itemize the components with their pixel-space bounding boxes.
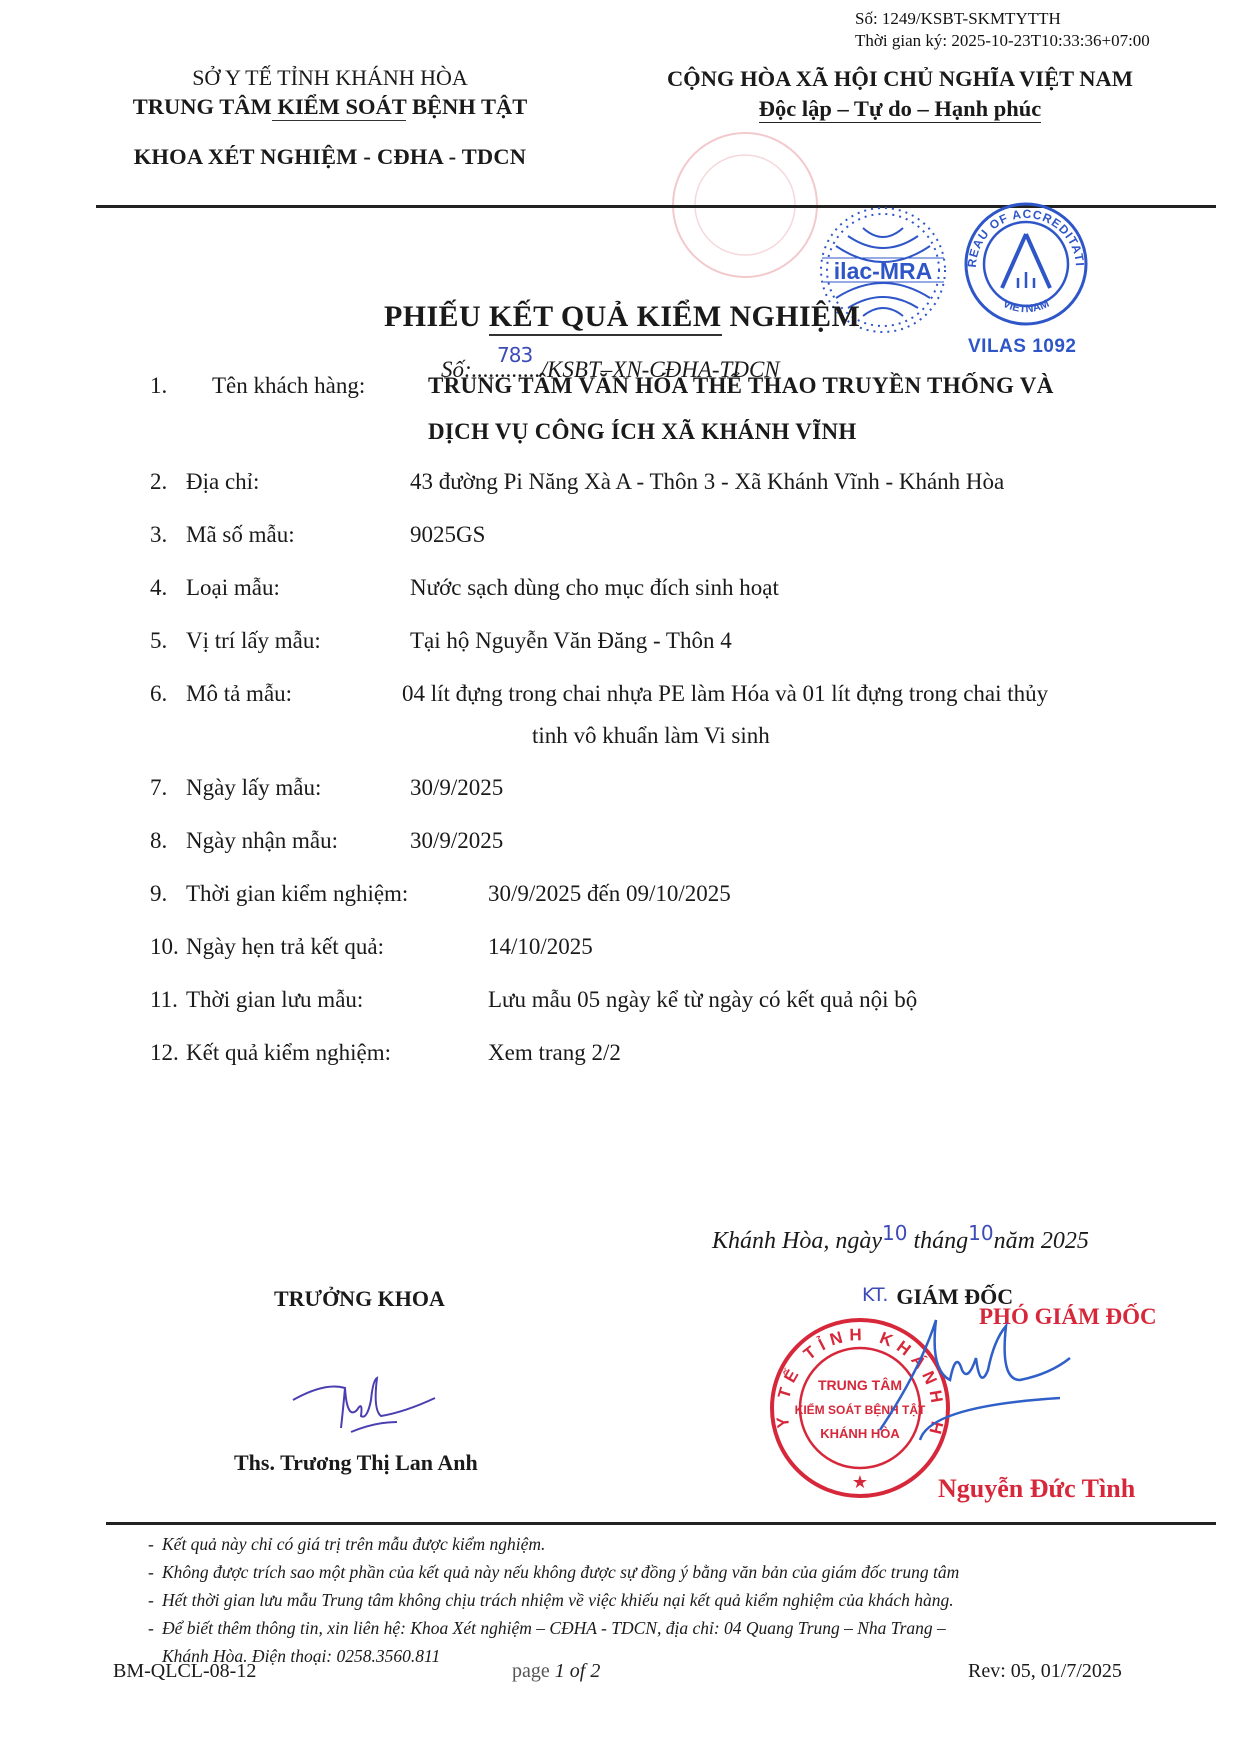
field-value: TRUNG TÂM VĂN HÓA THỂ THAO TRUYỀN THỐNG … (428, 372, 1054, 400)
field-label: Mô tả mẫu: (186, 680, 292, 708)
field-label: Vị trí lấy mẫu: (186, 627, 321, 655)
field-number: 11. (150, 986, 178, 1014)
svg-text:VIETNAM: VIETNAM (1001, 298, 1051, 315)
vilas-code: VILAS 1092 (968, 336, 1077, 358)
signature-time: Thời gian ký: 2025-10-23T10:33:36+07:00 (855, 30, 1150, 52)
handwritten-month: 10 (968, 1221, 993, 1245)
field-label: Ngày nhận mẫu: (186, 827, 338, 855)
place-date: Khánh Hòa, ngày10 tháng10năm 2025 (712, 1228, 1089, 1255)
field-label: Ngày hẹn trả kết quả: (186, 933, 384, 961)
field-number: 6. (150, 680, 167, 708)
field-label: Ngày lấy mẫu: (186, 774, 321, 802)
field-label: Kết quả kiểm nghiệm: (186, 1039, 391, 1067)
field-number: 5. (150, 627, 167, 655)
field-value: Nước sạch dùng cho mục đích sinh hoạt (410, 574, 779, 602)
page-indicator: page 1 of 2 (512, 1660, 600, 1683)
handwritten-number: 783 (497, 343, 532, 367)
issuer-header: SỞ Y TẾ TỈNH KHÁNH HÒA TRUNG TÂM KIỂM SO… (80, 64, 580, 170)
director-signature-icon (860, 1310, 1080, 1450)
field-number: 3. (150, 521, 167, 549)
field-value: Tại hộ Nguyễn Văn Đăng - Thôn 4 (410, 627, 732, 655)
note-item: -Hết thời gian lưu mẫu Trung tâm không c… (140, 1586, 1220, 1614)
field-value: 30/9/2025 (410, 827, 503, 855)
field-value-continued: tinh vô khuẩn làm Vi sinh (532, 722, 770, 750)
field-number: 12. (150, 1039, 179, 1067)
national-title: CỘNG HÒA XÃ HỘI CHỦ NGHĨA VIỆT NAM (620, 64, 1180, 94)
boa-bottom-text: VIETNAM (1001, 298, 1051, 315)
field-value: 43 đường Pi Năng Xà A - Thôn 3 - Xã Khán… (410, 468, 1004, 496)
notes-list: -Kết quả này chỉ có giá trị trên mẫu đượ… (140, 1530, 1220, 1670)
footer-divider (106, 1522, 1216, 1525)
svg-text:★: ★ (852, 1472, 868, 1493)
field-value: 30/9/2025 đến 09/10/2025 (488, 880, 731, 908)
field-number: 4. (150, 574, 167, 602)
field-number: 1. (150, 372, 167, 400)
field-value-continued: DỊCH VỤ CÔNG ÍCH XÃ KHÁNH VĨNH (428, 418, 857, 446)
form-code: BM-QLCL-08-12 (113, 1660, 256, 1683)
field-value: 9025GS (410, 521, 485, 549)
field-label: Thời gian lưu mẫu: (186, 986, 363, 1014)
field-number: 2. (150, 468, 167, 496)
department-head-name: Ths. Trương Thị Lan Anh (234, 1450, 478, 1476)
national-header: CỘNG HÒA XÃ HỘI CHỦ NGHĨA VIỆT NAM Độc l… (620, 64, 1180, 124)
field-number: 10. (150, 933, 179, 961)
department-head-signature-icon (285, 1360, 445, 1440)
field-label: Mã số mẫu: (186, 521, 295, 549)
field-value: 04 lít đựng trong chai nhựa PE làm Hóa v… (402, 680, 1048, 708)
center-name: TRUNG TÂM KIỂM SOÁT BỆNH TẬT (80, 92, 580, 122)
ilac-label: ilac-MRA (834, 258, 932, 284)
department-name: SỞ Y TẾ TỈNH KHÁNH HÒA (80, 64, 580, 92)
note-item: -Để biết thêm thông tin, xin liên hệ: Kh… (140, 1614, 1220, 1642)
handwritten-kt: KT. (862, 1284, 888, 1306)
digital-signature-info: Số: 1249/KSBT-SKMTYTTH Thời gian ký: 202… (855, 8, 1150, 52)
division-name: KHOA XÉT NGHIỆM - CĐHA - TDCN (80, 144, 580, 170)
field-value: 30/9/2025 (410, 774, 503, 802)
field-label: Loại mẫu: (186, 574, 280, 602)
field-value: 14/10/2025 (488, 933, 593, 961)
national-motto: Độc lập – Tự do – Hạnh phúc (620, 94, 1180, 124)
note-item: -Kết quả này chỉ có giá trị trên mẫu đượ… (140, 1530, 1220, 1558)
signature-number: Số: 1249/KSBT-SKMTYTTH (855, 8, 1150, 30)
field-number: 9. (150, 880, 167, 908)
field-number: 7. (150, 774, 167, 802)
field-value: Xem trang 2/2 (488, 1039, 621, 1067)
deputy-director-name: Nguyễn Đức Tình (938, 1474, 1135, 1504)
field-label: Tên khách hàng: (212, 372, 365, 400)
revision: Rev: 05, 01/7/2025 (968, 1660, 1122, 1683)
handwritten-day: 10 (882, 1221, 907, 1245)
boa-accreditation-stamp-icon: BUREAU OF ACCREDITATION VIETNAM (962, 198, 1092, 333)
field-label: Thời gian kiểm nghiệm: (186, 880, 408, 908)
department-head-title: TRƯỞNG KHOA (274, 1286, 445, 1312)
field-number: 8. (150, 827, 167, 855)
document-title: PHIẾU KẾT QUẢ KIỂM NGHIỆM (384, 300, 860, 334)
field-value: Lưu mẫu 05 ngày kể từ ngày có kết quả nộ… (488, 986, 917, 1014)
field-label: Địa chỉ: (186, 468, 259, 496)
note-item: -Không được trích sao một phần của kết q… (140, 1558, 1220, 1586)
